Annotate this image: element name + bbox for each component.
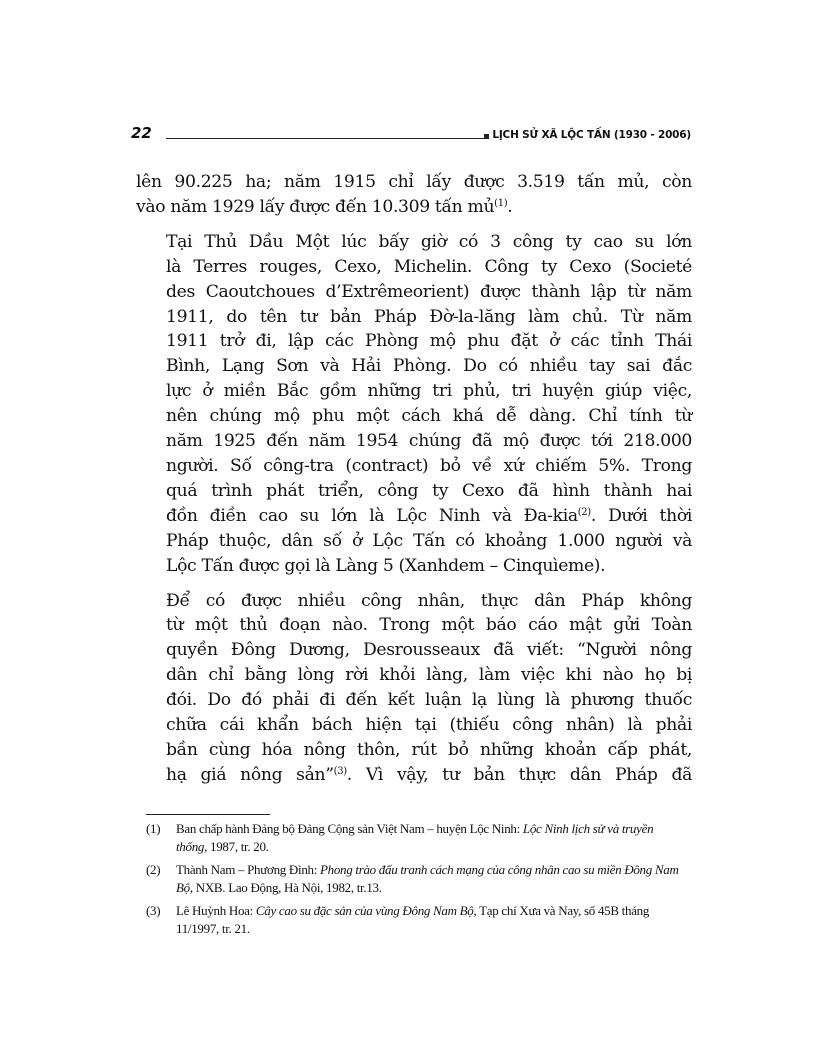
- footnote-details: , 1987, tr. 20.: [204, 839, 268, 854]
- footnote-rule: [146, 814, 270, 815]
- text-line: đồn điền cao su lớn là Lộc Ninh và Đa-ki…: [136, 504, 692, 529]
- text-line: 1911 trở đi, lập các Phòng mộ phu đặt ở …: [136, 329, 692, 354]
- running-title: LỊCH SỬ XÃ LỘC TẤN (1930 - 2006): [492, 129, 691, 141]
- footnote-number: (3): [146, 902, 176, 938]
- text-line: Lộc Tấn được gọi là Làng 5 (Xanhdem – Ci…: [136, 554, 692, 579]
- text-line: hạ giá nông sản”(3). Vì vậy, tư bản thực…: [136, 763, 692, 788]
- header-bullet-icon: [484, 134, 489, 139]
- text-segment: . Dưới thời: [591, 506, 692, 526]
- footnote-number: (1): [146, 820, 176, 856]
- footnote-number: (2): [146, 861, 176, 897]
- paragraph-3: Để có được nhiều công nhân, thực dân Phá…: [136, 589, 692, 788]
- text-line: người. Số công-tra (contract) bỏ về xứ c…: [136, 454, 692, 479]
- text-line: năm 1925 đến năm 1954 chúng đã mộ được t…: [136, 429, 692, 454]
- footnote-1: (1) Ban chấp hành Đảng bộ Đảng Cộng sản …: [146, 820, 686, 856]
- text-line: là Terres rouges, Cexo, Michelin. Công t…: [136, 255, 692, 280]
- paragraph-1: lên 90.225 ha; năm 1915 chỉ lấy được 3.5…: [136, 170, 692, 220]
- page-number: 22: [131, 126, 152, 141]
- book-page: 22 LỊCH SỬ XÃ LỘC TẤN (1930 - 2006) lên …: [0, 0, 816, 1056]
- running-header: 22 LỊCH SỬ XÃ LỘC TẤN (1930 - 2006): [131, 123, 691, 141]
- footnote-author: Lê Huỳnh Hoa:: [176, 903, 256, 918]
- text-line: Tại Thủ Dầu Một lúc bấy giờ có 3 công ty…: [136, 230, 692, 255]
- text-line: 1911, do tên tư bản Pháp Đờ-la-lăng làm …: [136, 305, 692, 330]
- footnote-title: Cây cao su đặc sản của vùng Đông Nam Bộ: [256, 903, 474, 918]
- footnote-author: Ban chấp hành Đảng bộ Đảng Cộng sản Việt…: [176, 821, 523, 836]
- text-line: chữa cái khẩn bách hiện tại (thiếu công …: [136, 713, 692, 738]
- footnote-text: Ban chấp hành Đảng bộ Đảng Cộng sản Việt…: [176, 820, 686, 856]
- text-line: từ một thủ đoạn nào. Trong một báo cáo m…: [136, 613, 692, 638]
- footnote-text: Thành Nam – Phương Đình: Phong trào đấu …: [176, 861, 686, 897]
- text-segment: hạ giá nông sản”: [166, 765, 334, 785]
- footnote-details: , NXB. Lao Động, Hà Nội, 1982, tr.13.: [190, 880, 382, 895]
- footnote-3: (3) Lê Huỳnh Hoa: Cây cao su đặc sản của…: [146, 902, 686, 938]
- text-line: bần cùng hóa nông thôn, rút bỏ những kho…: [136, 738, 692, 763]
- footnote-ref-3: (3): [334, 766, 347, 777]
- text-segment: vào năm 1929 lấy được đến 10.309 tấn mủ: [136, 197, 494, 217]
- paragraph-2: Tại Thủ Dầu Một lúc bấy giờ có 3 công ty…: [136, 230, 692, 579]
- footnote-ref-2: (2): [578, 507, 591, 518]
- text-line: des Caoutchoues d’Extrêmeorient) được th…: [136, 280, 692, 305]
- text-line: quá trình phát triển, công ty Cexo đã hì…: [136, 479, 692, 504]
- text-line: Pháp thuộc, dân số ở Lộc Tấn có khoảng 1…: [136, 529, 692, 554]
- footnote-author: Thành Nam – Phương Đình:: [176, 862, 320, 877]
- text-line: dân chỉ bằng lòng rời khỏi làng, làm việ…: [136, 663, 692, 688]
- footnote-ref-1: (1): [494, 198, 507, 209]
- footnote-2: (2) Thành Nam – Phương Đình: Phong trào …: [146, 861, 686, 897]
- footnote-text: Lê Huỳnh Hoa: Cây cao su đặc sản của vùn…: [176, 902, 686, 938]
- text-line: lực ở miền Bắc gồm những tri phủ, tri hu…: [136, 379, 692, 404]
- header-rule: [166, 138, 484, 139]
- text-line: nên chúng mộ phu một cách khá dễ dàng. C…: [136, 404, 692, 429]
- text-line: đói. Do đó phải đi đến kết luận lạ lùng …: [136, 688, 692, 713]
- text-segment: .: [507, 197, 512, 217]
- footnotes: (1) Ban chấp hành Đảng bộ Đảng Cộng sản …: [146, 820, 686, 943]
- text-segment: đồn điền cao su lớn là Lộc Ninh và Đa-ki…: [166, 506, 578, 526]
- text-segment: . Vì vậy, tư bản thực dân Pháp đã: [347, 765, 692, 785]
- body-text: lên 90.225 ha; năm 1915 chỉ lấy được 3.5…: [136, 170, 692, 788]
- text-line: vào năm 1929 lấy được đến 10.309 tấn mủ(…: [136, 195, 692, 220]
- text-line: Bình, Lạng Sơn và Hải Phòng. Do có nhiều…: [136, 354, 692, 379]
- text-line: quyền Đông Dương, Desrousseaux đã viết: …: [136, 638, 692, 663]
- text-line: lên 90.225 ha; năm 1915 chỉ lấy được 3.5…: [136, 170, 692, 195]
- text-line: Để có được nhiều công nhân, thực dân Phá…: [136, 589, 692, 614]
